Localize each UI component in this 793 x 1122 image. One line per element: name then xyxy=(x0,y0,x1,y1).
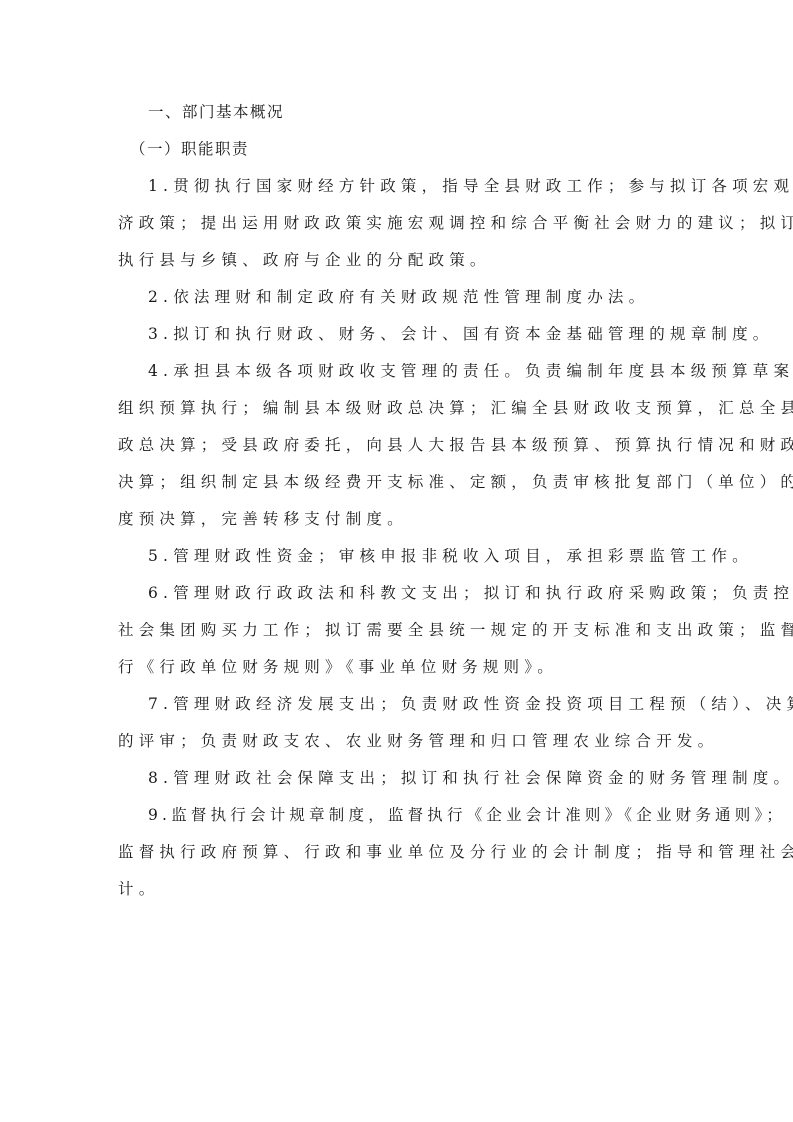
paragraph-line: 决算；组织制定县本级经费开支标准、定额，负责审核批复部门（单位）的年 xyxy=(118,464,674,501)
paragraph-line: 5.管理财政性资金；审核申报非税收入项目，承担彩票监管工作。 xyxy=(118,538,674,575)
paragraph-line: 度预决算，完善转移支付制度。 xyxy=(118,501,674,538)
paragraph-6: 6.管理财政行政政法和科教文支出；拟订和执行政府采购政策；负责控制 社会集团购买… xyxy=(118,575,674,686)
paragraph-line: 4.承担县本级各项财政收支管理的责任。负责编制年度县本级预算草案并 xyxy=(118,353,674,390)
paragraph-line: 7.管理财政经济发展支出；负责财政性资金投资项目工程预（结）、决算 xyxy=(118,686,674,723)
paragraph-line: 计。 xyxy=(118,871,674,908)
paragraph-line: 6.管理财政行政政法和科教文支出；拟订和执行政府采购政策；负责控制 xyxy=(118,575,674,612)
paragraph-line: 3.拟订和执行财政、财务、会计、国有资本金基础管理的规章制度。 xyxy=(118,316,674,353)
paragraph-7: 7.管理财政经济发展支出；负责财政性资金投资项目工程预（结）、决算 的评审；负责… xyxy=(118,686,674,760)
document-page: 一、部门基本概况 （一）职能职责 1.贯彻执行国家财经方针政策，指导全县财政工作… xyxy=(118,94,674,908)
paragraph-4: 4.承担县本级各项财政收支管理的责任。负责编制年度县本级预算草案并 组织预算执行… xyxy=(118,353,674,538)
paragraph-line: 执行县与乡镇、政府与企业的分配政策。 xyxy=(118,242,674,279)
section-heading: 一、部门基本概况 xyxy=(118,94,674,131)
paragraph-line: 监督执行政府预算、行政和事业单位及分行业的会计制度；指导和管理社会审 xyxy=(118,834,674,871)
paragraph-line: 行《行政单位财务规则》《事业单位财务规则》。 xyxy=(118,649,674,686)
paragraph-line: 的评审；负责财政支农、农业财务管理和归口管理农业综合开发。 xyxy=(118,723,674,760)
paragraph-line: 政总决算；受县政府委托，向县人大报告县本级预算、预算执行情况和财政总 xyxy=(118,427,674,464)
paragraph-8: 8.管理财政社会保障支出；拟订和执行社会保障资金的财务管理制度。 xyxy=(118,760,674,797)
paragraph-line: 济政策；提出运用财政政策实施宏观调控和综合平衡社会财力的建议；拟订和 xyxy=(118,205,674,242)
paragraph-1: 1.贯彻执行国家财经方针政策，指导全县财政工作；参与拟订各项宏观经 济政策；提出… xyxy=(118,168,674,279)
paragraph-line: 8.管理财政社会保障支出；拟订和执行社会保障资金的财务管理制度。 xyxy=(118,760,674,797)
paragraph-line: 2.依法理财和制定政府有关财政规范性管理制度办法。 xyxy=(118,279,674,316)
paragraph-9: 9.监督执行会计规章制度，监督执行《企业会计准则》《企业财务通则》； 监督执行政… xyxy=(118,797,674,908)
paragraph-line: 9.监督执行会计规章制度，监督执行《企业会计准则》《企业财务通则》； xyxy=(118,797,674,834)
paragraph-2: 2.依法理财和制定政府有关财政规范性管理制度办法。 xyxy=(118,279,674,316)
paragraph-line: 1.贯彻执行国家财经方针政策，指导全县财政工作；参与拟订各项宏观经 xyxy=(118,168,674,205)
paragraph-line: 组织预算执行；编制县本级财政总决算；汇编全县财政收支预算，汇总全县财 xyxy=(118,390,674,427)
paragraph-5: 5.管理财政性资金；审核申报非税收入项目，承担彩票监管工作。 xyxy=(118,538,674,575)
paragraph-3: 3.拟订和执行财政、财务、会计、国有资本金基础管理的规章制度。 xyxy=(118,316,674,353)
sub-heading: （一）职能职责 xyxy=(118,131,674,168)
paragraph-line: 社会集团购买力工作；拟订需要全县统一规定的开支标准和支出政策；监督执 xyxy=(118,612,674,649)
